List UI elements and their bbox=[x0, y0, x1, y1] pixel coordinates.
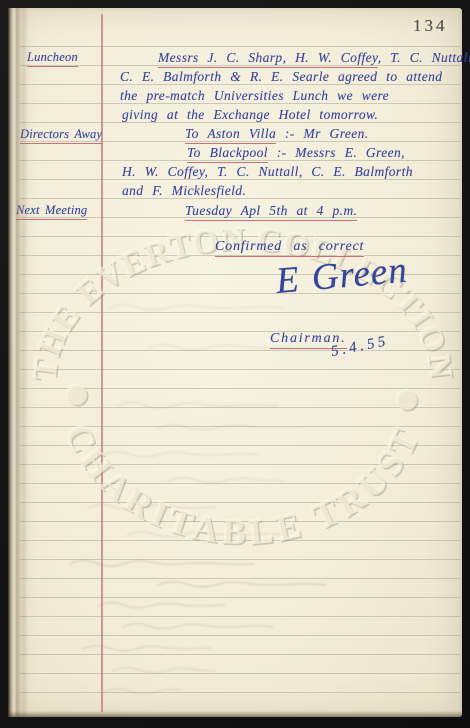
minute-line: To Blackpool :- Messrs E. Green, bbox=[187, 145, 405, 161]
watermark-dot-right bbox=[396, 389, 419, 412]
underlined-text: To Aston Villa bbox=[185, 126, 276, 144]
line-text: H. W. Coffey, T. C. Nuttall, C. E. Balmf… bbox=[122, 164, 413, 179]
line-text: C. E. Balmforth & R. E. Searle agreed to… bbox=[120, 69, 442, 84]
minute-line: and F. Micklesfield. bbox=[122, 183, 246, 199]
line-text: , T. C. Nuttall bbox=[378, 50, 470, 65]
watermark-bottom-arc-shadow: CHARITABLE TRUST bbox=[59, 420, 430, 554]
chairman-signature: E Green bbox=[274, 249, 409, 303]
margin-note-luncheon: Luncheon bbox=[27, 50, 78, 65]
line-text: the pre-match Universities Lunch we were bbox=[120, 88, 389, 103]
minute-line: Tuesday Apl 5th at 4 p.m. bbox=[185, 203, 357, 219]
underlined-text: Tuesday Apl 5th at 4 p.m. bbox=[185, 203, 357, 221]
underlined-text: Messrs J. C. Sharp, H. W. Coffey bbox=[158, 50, 378, 68]
line-text: :- Mr Green. bbox=[276, 126, 368, 141]
watermark-dot-left bbox=[66, 384, 89, 407]
underlined-text: To Blackpool bbox=[187, 145, 268, 163]
ghost-showthrough-lines bbox=[70, 305, 325, 694]
minute-line: the pre-match Universities Lunch we were bbox=[120, 88, 389, 104]
scanned-page: THE EVERTON COLLECTION CHARITABLE TRUST … bbox=[8, 8, 462, 717]
minute-line: Messrs J. C. Sharp, H. W. Coffey, T. C. … bbox=[158, 50, 470, 66]
line-text: and F. Micklesfield. bbox=[122, 183, 246, 198]
confirmation-statement: Confirmed as correct bbox=[215, 239, 364, 255]
minute-line: H. W. Coffey, T. C. Nuttall, C. E. Balmf… bbox=[122, 164, 413, 180]
minute-line: giving at the Exchange Hotel tomorrow. bbox=[122, 107, 378, 123]
page-bottom-edge-shadow bbox=[8, 711, 462, 717]
photographed-minute-book: THE EVERTON COLLECTION CHARITABLE TRUST … bbox=[0, 0, 470, 728]
watermark-bottom-arc-text: CHARITABLE TRUST bbox=[57, 418, 428, 552]
binding-gutter-shadow bbox=[8, 8, 34, 717]
minute-line: To Aston Villa :- Mr Green. bbox=[185, 126, 369, 142]
line-text: giving at the Exchange Hotel tomorrow. bbox=[122, 107, 378, 122]
watermark-bottom-arc-highlight: CHARITABLE TRUST bbox=[56, 417, 427, 551]
margin-note-label: Luncheon bbox=[27, 50, 78, 67]
page-number: 134 bbox=[413, 16, 448, 36]
minute-line: C. E. Balmforth & R. E. Searle agreed to… bbox=[120, 69, 442, 85]
line-text: :- Messrs E. Green, bbox=[268, 145, 405, 160]
red-margin-rule bbox=[101, 14, 103, 712]
